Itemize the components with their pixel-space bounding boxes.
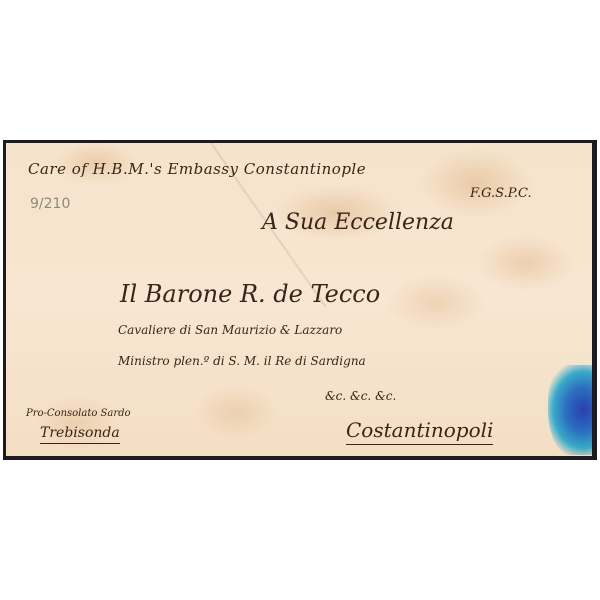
addressee-title-2: Ministro plen.º di S. M. il Re di Sardig… (118, 354, 366, 368)
addressee-title-1: Cavaliere di San Maurizio & Lazzaro (118, 323, 342, 337)
sender-city: Trebisonda (40, 425, 120, 444)
ink-stain (548, 365, 592, 455)
care-of-note: Care of H.B.M.'s Embassy Constantinople (28, 160, 366, 178)
addressee-name: Il Barone R. de Tecco (120, 280, 380, 308)
etc-line: &c. &c. &c. (325, 389, 396, 403)
greeting: A Sua Eccellenza (262, 210, 454, 235)
pencil-note: 9/210 (30, 196, 70, 212)
initials: F.G.S.P.C. (470, 186, 532, 201)
sender-office: Pro-Consolato Sardo (26, 408, 131, 419)
destination-city: Costantinopoli (346, 418, 493, 445)
